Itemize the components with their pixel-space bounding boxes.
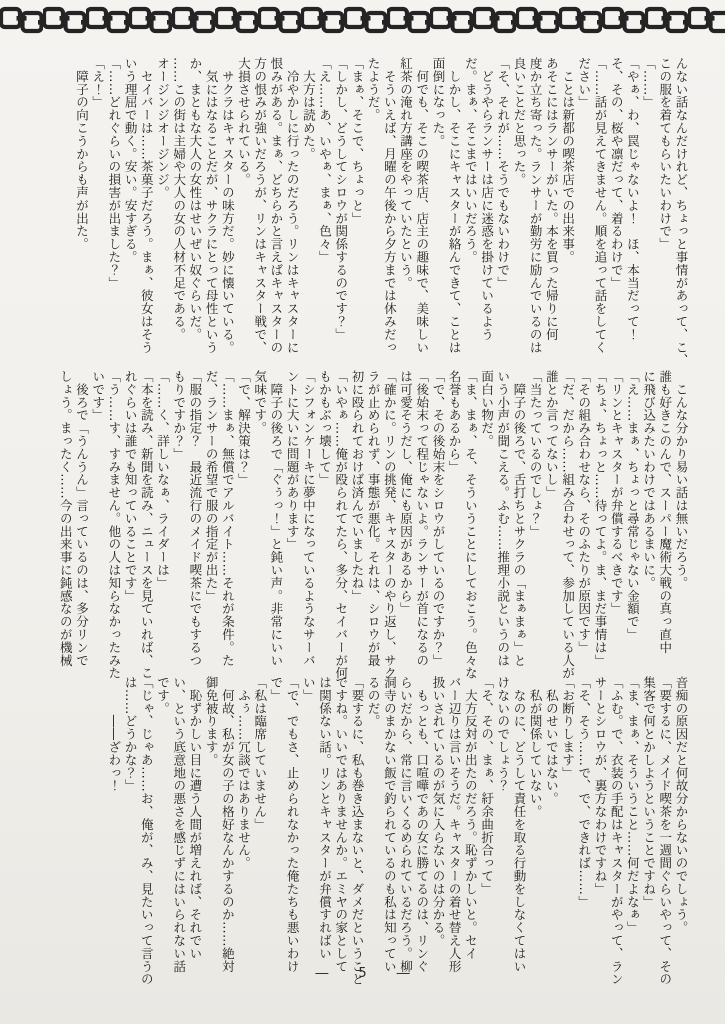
- chain-border-icon: [0, 0, 725, 48]
- text-line: しかし、そこにキャスターが絡んできて、ことは: [446, 57, 462, 371]
- text-line: セイバーは……茶菓子だろう。まぁ、彼女はそう: [138, 57, 154, 371]
- text-line: 障子の向こうからも声が出た。: [73, 57, 89, 371]
- text-line: 「……まぁ、無償でアルバイト……それが条件。た: [219, 370, 235, 684]
- text-line: いう小声が聞こえる。ふむ……推理小説というのは: [495, 370, 511, 684]
- text-line: 誰とか言ってないし」: [543, 370, 559, 684]
- text-line: 障子の後ろで、舌打ちとサクラの「まぁまぁ」と: [511, 370, 527, 684]
- text-line: そ、その、桜や凛だって、着るわけで」: [608, 57, 624, 371]
- text-line: ですね。いいではありませんか。エミヤの家として: [333, 676, 349, 990]
- text-line: 「要するに、メイド喫茶を一週間ぐらいやって、その: [657, 676, 673, 990]
- text-line: ントに大いに問題があります」: [284, 370, 300, 684]
- text-line: 「……」: [640, 57, 656, 371]
- text-line: ふぅ……冗談ではありません。: [235, 676, 251, 990]
- text-line: ことは新都の喫茶店での出来事。: [559, 57, 575, 371]
- text-line: で」: [268, 676, 284, 990]
- text-line: そういえば、月曜の午後から夕方までは休みだっ: [381, 57, 397, 371]
- text-line: こんな分かり易い話は無いだろう。: [673, 370, 689, 684]
- text-line: ラが止められず、事態が悪化。それは、シロウが最: [365, 370, 381, 684]
- text-line: 「じゃ、じゃあ……お、俺が、み、見たいって言うの: [138, 676, 154, 990]
- text-line: は……どうかな？」: [122, 676, 138, 990]
- text-line: に飛び込みたいわけではあるまいに。: [640, 370, 656, 684]
- text-line: るのだ。: [365, 676, 381, 990]
- text-line: 名誉もあるから」: [446, 370, 462, 684]
- text-line: 「で、その後始末をシロウがしているのですか？」: [430, 370, 446, 684]
- footer-dash-left: ―: [315, 966, 328, 981]
- text-line: 御免被ります。: [203, 676, 219, 990]
- text-line: 「え……まぁ、ちょっと尋常じゃない金額で」: [624, 370, 640, 684]
- text-line: 後ろで「うんうん」言っているのは、多分リンで: [73, 370, 89, 684]
- text-line: 私が関係していない。: [527, 676, 543, 990]
- text-line: 気味です。: [252, 370, 268, 684]
- text-line: 面白い物だ。: [478, 370, 494, 684]
- text-line: 「後始末って程じゃないよ。ランサーが首になるの: [414, 370, 430, 684]
- text-line: もっとも、口喧嘩であの女に勝てるのは、リンぐ: [414, 676, 430, 990]
- text-line: 何でも、そこの喫茶店、店主の趣味で、美味しい: [414, 57, 430, 371]
- text-line: 大方反対が出たのだろう。恥ずかしいと。セイ: [462, 676, 478, 990]
- text-line: 障子の後ろで「ぐぅっ！」と鈍い声。非常にいい: [268, 370, 284, 684]
- text-line: サーとシロウが、裏方なわけですね」: [592, 676, 608, 990]
- text-line: だ。まぁ、そこまではいいだろう。: [462, 57, 478, 371]
- scanned-novel-page: んない話なんだけれど、ちょっと事情があって、こ、この服を着てもらいたいわけで」「…: [0, 0, 725, 1024]
- page-footer: ― 5 ―: [0, 966, 725, 981]
- text-line: 「リンとキャスターが弁償するべきです」: [608, 370, 624, 684]
- text-line: は可愛そうだし、俺にも原因があるから」: [397, 370, 413, 684]
- text-line: オージンジオージンジ。: [154, 57, 170, 371]
- page-number: 5: [358, 966, 366, 981]
- text-line: 恥ずかしい目に遭う人間が増えれば、それでい: [187, 676, 203, 990]
- text-line: 冷やかしに行ったのだろう。リンはキャスターに: [284, 57, 300, 371]
- text-line: 「いやぁ……俺が殴られてたら、多分、セイバーが何: [333, 370, 349, 684]
- text-line: 「本を読み、新聞を読み、ニュースを見ていれば、こ: [138, 370, 154, 684]
- text-line: 音痴の原因だと何故分からないのでしょう。: [673, 676, 689, 990]
- text-line: 何故、私が女の子の格好なんかするのか……絶対: [219, 676, 235, 990]
- text-line: 「ちょ、ちょっと……待ってよ。ま、まだ事情は」: [592, 370, 608, 684]
- text-line: 誰も好きこのんで、スーパー魔術大戦の真っ直中: [657, 370, 673, 684]
- text-line: ださい」: [576, 57, 592, 371]
- text-line: 「服の指定？ 最近流行のメイド喫茶にでもするつ: [187, 370, 203, 684]
- text-line: サクラはキャスターの味方だ。妙に懐いている。: [219, 57, 235, 371]
- text-line: ……この街は主婦や大人の女の人材不足である。: [171, 57, 187, 371]
- text-line: 面倒になった。: [430, 57, 446, 371]
- text-line: か、まともな大人の女性はせいぜい奴ぐらいだ。: [187, 57, 203, 371]
- text-line: 「……話が見えてきません。順を追って話をしてく: [592, 57, 608, 371]
- text-line: い、という底意地の悪さを感じずにはいられない話: [171, 676, 187, 990]
- text-band-1: んない話なんだけれど、ちょっと事情があって、こ、この服を着てもらいたいわけで」「…: [55, 57, 689, 371]
- text-line: いう理屈で動く。安い。安すぎる。: [122, 57, 138, 371]
- text-line: 「お断りします」: [559, 676, 575, 990]
- text-band-2: こんな分かり易い話は無いだろう。誰も好きこのんで、スーパー魔術大戦の真っ直中に飛…: [55, 370, 689, 684]
- text-line: 「確かに。リンの挑発、キャスターのやり返し、サク: [381, 370, 397, 684]
- text-line: あそこにはランサーがいた。本を買った帰りに何: [543, 57, 559, 371]
- text-line: です。: [154, 676, 170, 990]
- text-line: 恨みがある。まぁ、どちらかと言えばキャスターの: [268, 57, 284, 371]
- text-line: この服を着てもらいたいわけで」: [657, 57, 673, 371]
- text-line: 「まぁ、そこで、ちょっと」: [349, 57, 365, 371]
- text-line: しょう。まったく……今の出来事に鈍感なのが機械: [57, 370, 73, 684]
- text-line: 良いことだと思った。: [511, 57, 527, 371]
- text-line: 「要するに、私も巻き込まないと、ダメだということ: [349, 676, 365, 990]
- text-line: 私のせいではない。: [543, 676, 559, 990]
- text-line: ――ざわっ！: [106, 676, 122, 990]
- text-line: バー辺りは言いそうだ。キャスターの着せ替え人形: [446, 676, 462, 990]
- text-line: けないのでしょう？: [495, 676, 511, 990]
- text-line: れぐらいは誰でも知っていることです」: [122, 370, 138, 684]
- text-line: い」: [300, 676, 316, 990]
- text-line: 「で、解決策は？」: [235, 370, 251, 684]
- text-band-3: 音痴の原因だと何故分からないのでしょう。「要するに、メイド喫茶を一週間ぐらいやっ…: [55, 676, 689, 990]
- text-line: 洞寺のまかない飯で釣られているのも私は知ってい: [381, 676, 397, 990]
- text-line: 「そ、そう……で、で、できれば……」: [576, 676, 592, 990]
- text-line: どうやらランサーは店に迷惑を掛けているよう: [478, 57, 494, 371]
- text-line: 方の恨みが強いだろうが、リンはキャスター戦で、: [252, 57, 268, 371]
- text-line: 扱いされているのが気に入らないのは分かる。: [430, 676, 446, 990]
- text-line: たようだ。: [365, 57, 381, 371]
- text-line: 集客で何とかしようということですね」: [640, 676, 656, 990]
- text-line: 「ま、まぁ、そういうこと……何だよなぁ」: [624, 676, 640, 990]
- text-line: 大損させられている。: [235, 57, 251, 371]
- text-line: 「私は臨席していません」: [252, 676, 268, 990]
- text-line: 「そ、その、まぁ、紆余曲折合って」: [478, 676, 494, 990]
- text-line: んない話なんだけれど、ちょっと事情があって、こ、: [673, 57, 689, 371]
- text-line: 「しかし、どうしてシロウが関係するのです？」: [333, 57, 349, 371]
- text-line: もりですか？」: [171, 370, 187, 684]
- text-line: いです」: [89, 370, 105, 684]
- text-line: だ、ランサーの希望で服の指定が出た」: [203, 370, 219, 684]
- text-line: らいだから、常に言いくるめられているだろう。柳: [397, 676, 413, 990]
- text-line: 「やぁ、わ、罠じゃないよ！ ほ、本当だって！: [624, 57, 640, 371]
- text-line: 大方は読めた。: [300, 57, 316, 371]
- text-line: 「え！」: [89, 57, 105, 371]
- text-line: 「ま、まぁ、そ、そういうことにしておこう。色々な: [462, 370, 478, 684]
- text-line: 「シフォンケーキに夢中になっているようなサーバ: [300, 370, 316, 684]
- text-line: 「その組み合わせなら、そのふたりが原因です」: [576, 370, 592, 684]
- text-line: もかもぶっ壊して」: [316, 370, 332, 684]
- text-line: 度か立ち寄った。ランサーが勤労に励んでいるのは: [527, 57, 543, 371]
- text-line: 「当たっているのでしょ？」: [527, 370, 543, 684]
- footer-dash-right: ―: [397, 966, 410, 981]
- text-line: 初に殴られておけば済んでいましたね」: [349, 370, 365, 684]
- text-line: 「で、でもさ、止められなかった俺たちも悪いわけ: [284, 676, 300, 990]
- text-line: 「う……す、すみません。他の人は知らなかったみた: [106, 370, 122, 684]
- text-line: 「そ、それが……そうでもないわけで」: [495, 57, 511, 371]
- text-line: なのに、どうして責任を取る行動をしなくてはい: [511, 676, 527, 990]
- text-line: 「え……あ、いやぁ、まぁ、色々」: [316, 57, 332, 371]
- text-line: 「だ、だから……組み合わせって、参加している人が: [559, 370, 575, 684]
- text-line: 「ふむ。で、衣装の手配はキャスターがやって、ラン: [608, 676, 624, 990]
- text-line: 気にはなることだが、サクラにとって母性という: [203, 57, 219, 371]
- text-line: は関係ない話。リンとキャスターが弁償すればい: [316, 676, 332, 990]
- text-line: 紅茶の淹れ方講座をやっていたという。: [397, 57, 413, 371]
- text-line: 「……どれぐらいの損害が出ました？」: [106, 57, 122, 371]
- text-line: 「……く、詳しいなぁ、ライダーは」: [154, 370, 170, 684]
